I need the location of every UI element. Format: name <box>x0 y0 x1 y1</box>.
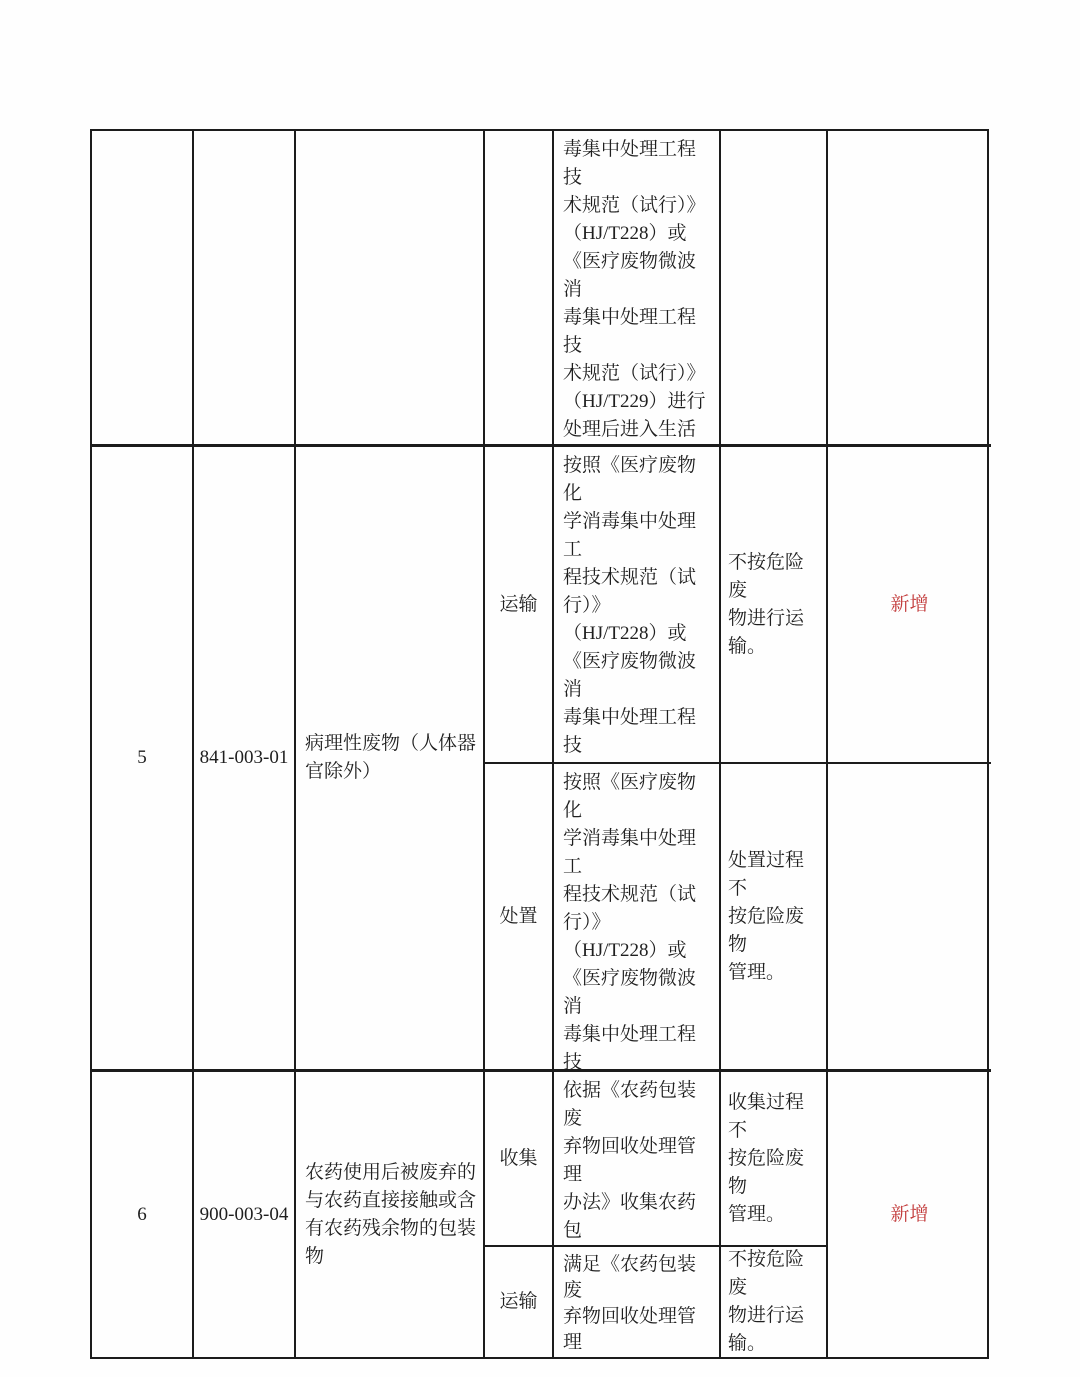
requirement-text: 按照《医疗废物化 学消毒集中处理工 程技术规范（试 行）》 （HJ/T228）或… <box>554 764 721 1072</box>
cell-status-empty <box>828 131 991 447</box>
stage-label: 运输 <box>485 1247 554 1357</box>
document-page: 毒集中处理工程技 术规范（试行）》 （HJ/T228）或 《医疗废物微波消 毒集… <box>0 0 1080 1377</box>
stage-label: 收集 <box>485 1072 554 1247</box>
stage-label: 处置 <box>485 764 554 1072</box>
waste-exemption-table: 毒集中处理工程技 术规范（试行）》 （HJ/T228）或 《医疗废物微波消 毒集… <box>90 129 989 1359</box>
cell-number: 6 <box>92 1072 194 1357</box>
requirement-text-continuation: 毒集中处理工程技 术规范（试行）》 （HJ/T228）或 《医疗废物微波消 毒集… <box>554 131 721 447</box>
cell-number: 5 <box>92 447 194 1072</box>
status-badge: 新增 <box>828 1072 991 1357</box>
cell-code-empty <box>194 131 296 447</box>
cell-description: 病理性废物（人体器 官除外） <box>296 447 485 1072</box>
cell-status-empty <box>828 764 991 1072</box>
requirement-text: 按照《医疗废物化 学消毒集中处理工 程技术规范（试 行）》 （HJ/T228）或… <box>554 447 721 764</box>
note-text: 不按危险废 物进行运 输。 <box>721 1247 828 1357</box>
cell-note-empty <box>721 131 828 447</box>
cell-stage-empty <box>485 131 554 447</box>
status-badge: 新增 <box>828 447 991 764</box>
note-text: 处置过程不 按危险废物 管理。 <box>721 764 828 1072</box>
cell-description-empty <box>296 131 485 447</box>
note-text: 收集过程不 按危险废物 管理。 <box>721 1072 828 1247</box>
cell-number-empty <box>92 131 194 447</box>
requirement-text: 依据《农药包装废 弃物回收处理管理 办法》收集农药包 装废弃物并转移到 所设定的… <box>554 1072 721 1247</box>
stage-label: 运输 <box>485 447 554 764</box>
cell-description: 农药使用后被废弃的 与农药直接接触或含 有农药残余物的包装 物 <box>296 1072 485 1357</box>
cell-code: 841-003-01 <box>194 447 296 1072</box>
note-text: 不按危险废 物进行运 输。 <box>721 447 828 764</box>
requirement-text: 满足《农药包装废 弃物回收处理管理 办法》中的运输要 求。 <box>554 1247 721 1357</box>
cell-code: 900-003-04 <box>194 1072 296 1357</box>
